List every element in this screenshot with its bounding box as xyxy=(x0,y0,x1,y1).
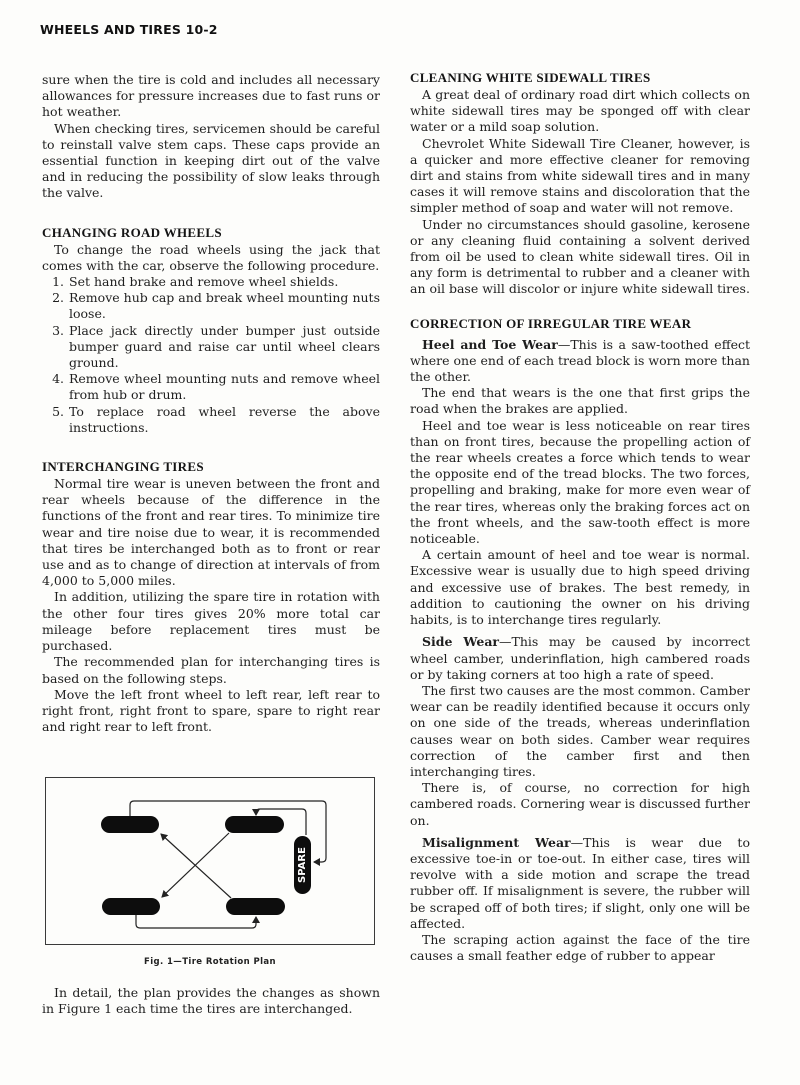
step-number: 2. xyxy=(42,290,69,322)
cleaning-paragraph-2: Chevrolet White Sidewall Tire Cleaner, h… xyxy=(410,136,750,217)
side-wear-paragraph-2: There is, of course, no correction for h… xyxy=(410,780,750,829)
intro-paragraph-1: sure when the tire is cold and includes … xyxy=(42,72,380,121)
interchanging-paragraph-1: Normal tire wear is uneven between the f… xyxy=(42,476,380,589)
step-item: 1.Set hand brake and remove wheel shield… xyxy=(42,274,380,290)
side-wear-lead-paragraph: Side Wear—This may be caused by incorrec… xyxy=(410,634,750,683)
spare-label: SPARE xyxy=(297,847,308,883)
arrow-lr-to-rr xyxy=(136,915,256,928)
tire-right-rear xyxy=(226,898,285,915)
heel-toe-title: Heel and Toe Wear xyxy=(422,337,558,352)
step-number: 3. xyxy=(42,323,69,372)
step-text: Set hand brake and remove wheel shields. xyxy=(69,274,380,290)
tire-rotation-diagram: SPARE xyxy=(46,778,376,946)
after-figure-paragraph-container: In detail, the plan provides the changes… xyxy=(42,985,380,1017)
step-text: Remove hub cap and break wheel mounting … xyxy=(69,290,380,322)
heading-interchanging-tires: INTERCHANGING TIRES xyxy=(42,459,380,475)
intro-paragraph-2: When checking tires, servicemen should b… xyxy=(42,121,380,202)
step-item: 2.Remove hub cap and break wheel mountin… xyxy=(42,290,380,322)
misalignment-title: Misalignment Wear xyxy=(422,835,571,850)
step-item: 4.Remove wheel mounting nuts and remove … xyxy=(42,371,380,403)
changing-road-wheels-intro: To change the road wheels using the jack… xyxy=(42,242,380,274)
changing-road-wheels-steps: 1.Set hand brake and remove wheel shield… xyxy=(42,274,380,436)
heel-toe-paragraph-3: A certain amount of heel and toe wear is… xyxy=(410,547,750,628)
step-item: 5.To replace road wheel reverse the abov… xyxy=(42,404,380,436)
heading-correction-irregular-wear: CORRECTION OF IRREGULAR TIRE WEAR xyxy=(410,316,750,332)
heel-toe-lead-paragraph: Heel and Toe Wear—This is a saw-toothed … xyxy=(410,337,750,386)
heel-toe-paragraph-1: The end that wears is the one that first… xyxy=(410,385,750,417)
tire-left-rear xyxy=(102,898,160,915)
step-text: To replace road wheel reverse the above … xyxy=(69,404,380,436)
side-wear-title: Side Wear xyxy=(422,634,499,649)
page-header: WHEELS AND TIRES 10-2 xyxy=(40,22,218,37)
interchanging-paragraph-4: Move the left front wheel to left rear, … xyxy=(42,687,380,736)
step-number: 1. xyxy=(42,274,69,290)
step-item: 3.Place jack directly under bumper just … xyxy=(42,323,380,372)
left-column: sure when the tire is cold and includes … xyxy=(42,72,380,735)
tire-rotation-figure: SPARE xyxy=(45,777,375,945)
after-figure-paragraph: In detail, the plan provides the changes… xyxy=(42,985,380,1017)
interchanging-paragraph-2: In addition, utilizing the spare tire in… xyxy=(42,589,380,654)
step-number: 5. xyxy=(42,404,69,436)
step-text: Place jack directly under bumper just ou… xyxy=(69,323,380,372)
heading-cleaning-white-sidewall: CLEANING WHITE SIDEWALL TIRES xyxy=(410,70,750,86)
interchanging-paragraph-3: The recommended plan for interchanging t… xyxy=(42,654,380,686)
right-column: CLEANING WHITE SIDEWALL TIRES A great de… xyxy=(410,70,750,964)
heading-changing-road-wheels: CHANGING ROAD WHEELS xyxy=(42,225,380,241)
tire-left-front xyxy=(101,816,159,833)
misalignment-lead-paragraph: Misalignment Wear—This is wear due to ex… xyxy=(410,835,750,932)
misalignment-paragraph-1: The scraping action against the face of … xyxy=(410,932,750,964)
step-number: 4. xyxy=(42,371,69,403)
heel-toe-paragraph-2: Heel and toe wear is less noticeable on … xyxy=(410,418,750,548)
cleaning-paragraph-3: Under no circumstances should gasoline, … xyxy=(410,217,750,298)
step-text: Remove wheel mounting nuts and remove wh… xyxy=(69,371,380,403)
side-wear-paragraph-1: The first two causes are the most common… xyxy=(410,683,750,780)
figure-caption: Fig. 1—Tire Rotation Plan xyxy=(45,957,375,967)
cleaning-paragraph-1: A great deal of ordinary road dirt which… xyxy=(410,87,750,136)
tire-right-front xyxy=(225,816,284,833)
